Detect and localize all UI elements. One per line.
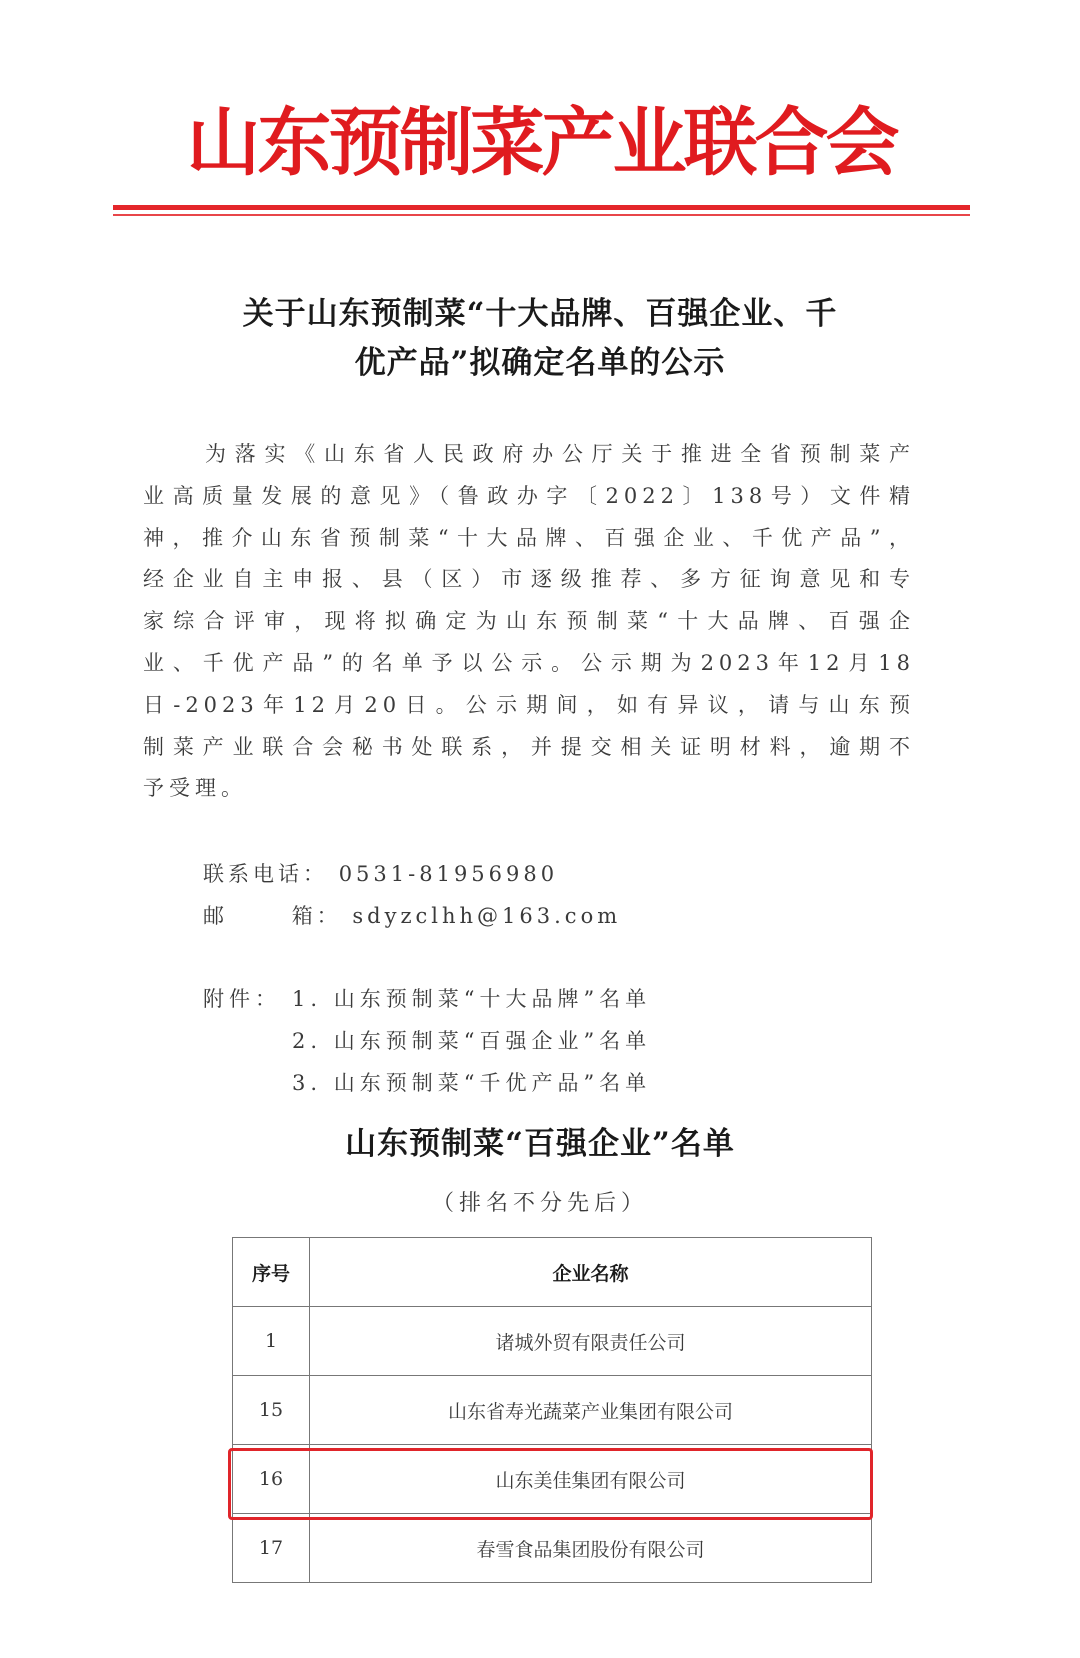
notice-body: 为落实《山东省人民政府办公厅关于推进全省预制菜产 业高质量发展的意见》（鲁政办字… <box>143 434 915 810</box>
phone-label: 联系电话： <box>203 858 328 888</box>
body-line: 予受理。 <box>143 768 915 810</box>
body-line: 制菜产业联合会秘书处联系，并提交相关证明材料，逾期不 <box>143 727 915 769</box>
column-header-number: 序号 <box>233 1238 310 1307</box>
row-number: 1 <box>233 1307 310 1376</box>
attachment-item-2: 2. 山东预制菜“百强企业”名单 <box>292 1025 651 1055</box>
contact-phone-row: 联系电话： 0531-81956980 <box>203 858 558 888</box>
masthead-rule-thick <box>113 205 970 210</box>
row-company-name: 春雪食品集团股份有限公司 <box>310 1514 872 1583</box>
contact-email-row: 邮 箱： sdyzclhh@163.com <box>203 900 621 930</box>
list-title: 山东预制菜“百强企业”名单 <box>120 1118 960 1163</box>
body-line: 业、千优产品”的名单予以公示。公示期为2023年12月18 <box>143 643 915 685</box>
phone-number: 0531-81956980 <box>339 862 558 886</box>
table-row: 17 春雪食品集团股份有限公司 <box>233 1514 872 1583</box>
attachment-item-3: 3. 山东预制菜“千优产品”名单 <box>292 1067 651 1097</box>
email-label-part-1: 邮 <box>203 900 281 930</box>
masthead-rule-thin <box>113 214 970 216</box>
table-row: 15 山东省寿光蔬菜产业集团有限公司 <box>233 1376 872 1445</box>
attachment-item-1: 1. 山东预制菜“十大品牌”名单 <box>292 983 651 1013</box>
body-line: 为落实《山东省人民政府办公厅关于推进全省预制菜产 <box>143 434 915 476</box>
row-number: 17 <box>233 1514 310 1583</box>
table-header-row: 序号 企业名称 <box>233 1238 872 1307</box>
body-line: 家综合评审，现将拟确定为山东预制菜“十大品牌、百强企 <box>143 601 915 643</box>
headline-line-1: 关于山东预制菜“十大品牌、百强企业、千 <box>120 288 960 333</box>
row-company-name: 山东省寿光蔬菜产业集团有限公司 <box>310 1376 872 1445</box>
email-label-part-2: 箱： <box>292 900 342 930</box>
body-line: 业高质量发展的意见》（鲁政办字〔2022〕138号）文件精 <box>143 476 915 518</box>
list-subtitle: （排名不分先后） <box>120 1186 960 1217</box>
attachments-label: 附件： <box>203 983 281 1013</box>
row-number: 15 <box>233 1376 310 1445</box>
body-line: 经企业自主申报、县（区）市逐级推荐、多方征询意见和专 <box>143 559 915 601</box>
headline-line-2: 优产品”拟确定名单的公示 <box>120 337 960 382</box>
enterprise-table: 序号 企业名称 1 诸城外贸有限责任公司 15 山东省寿光蔬菜产业集团有限公司 … <box>232 1237 872 1583</box>
body-line: 日-2023年12月20日。公示期间，如有异议，请与山东预 <box>143 685 915 727</box>
body-line: 神，推介山东省预制菜“十大品牌、百强企业、千优产品”， <box>143 518 915 560</box>
email-address[interactable]: sdyzclhh@163.com <box>352 904 621 928</box>
table-row: 1 诸城外贸有限责任公司 <box>233 1307 872 1376</box>
column-header-name: 企业名称 <box>310 1238 872 1307</box>
row-company-name: 诸城外贸有限责任公司 <box>310 1307 872 1376</box>
masthead-org-name: 山东预制菜产业联合会 <box>113 100 970 186</box>
highlight-box <box>228 1448 873 1520</box>
